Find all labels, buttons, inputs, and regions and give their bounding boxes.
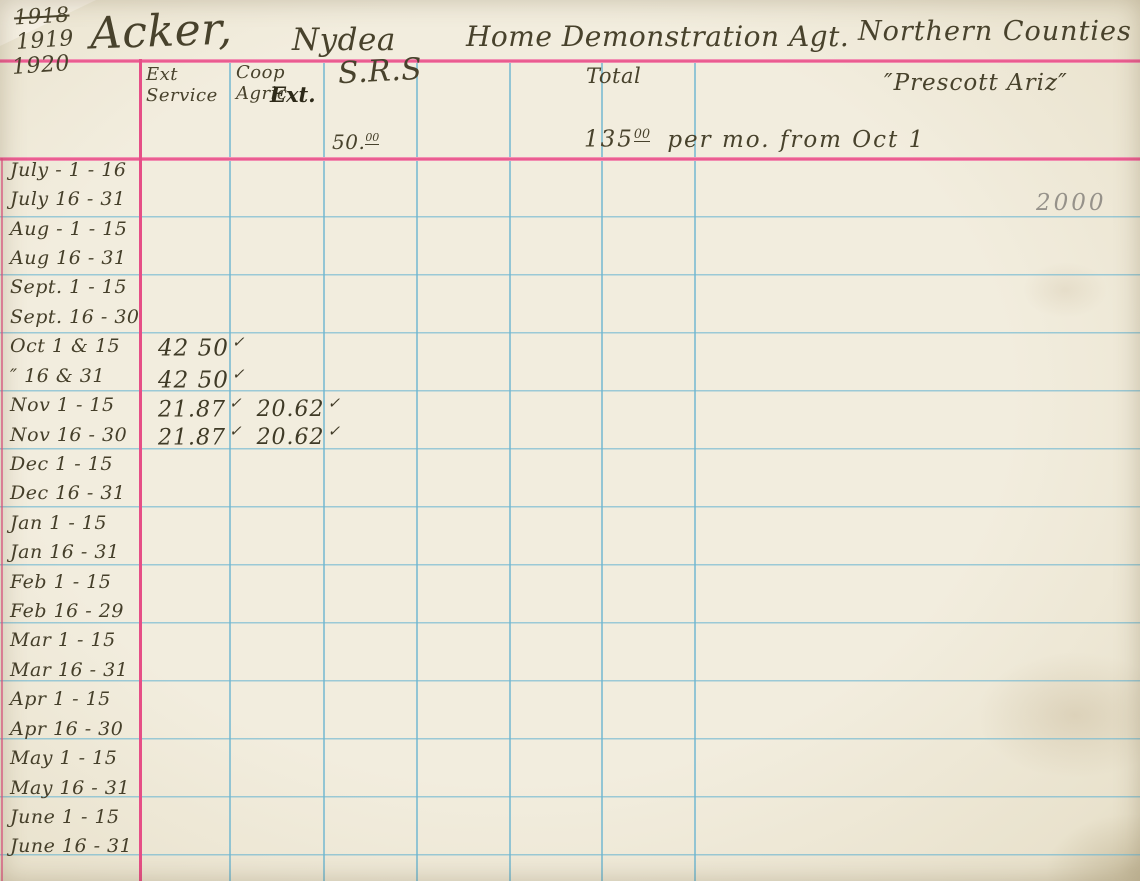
given-name: Nydea (292, 22, 396, 58)
year-end: 1920 (11, 51, 71, 80)
column-rule-4 (509, 59, 511, 881)
column-rule-1 (229, 59, 231, 881)
check-mark-icon: ✓ (232, 365, 246, 383)
amount-coop-agric: 20.62 (257, 397, 325, 422)
entry-nov-1-15: 21.87✓20.62✓ (158, 394, 341, 422)
column-rule-2 (323, 59, 325, 881)
amount-ext-service: 42 50 (158, 336, 229, 362)
region: Northern Counties (858, 16, 1132, 47)
margin-rule (139, 59, 142, 881)
monthly-rate-cents: 00 (634, 126, 650, 142)
header-rule-bottom (0, 157, 1140, 161)
period-label: Sept. 1 - 15 (10, 273, 138, 302)
period-label: Dec 1 - 15 (10, 449, 138, 478)
srs-rate: 50.00 (332, 130, 379, 154)
header-rule-top (0, 59, 1140, 63)
period-label: Aug - 1 - 15 (10, 214, 138, 243)
col-coop-overwrite: Ext. (270, 82, 316, 107)
check-mark-icon: ✓ (229, 394, 243, 412)
period-label: Dec 16 - 31 (10, 479, 138, 508)
pencil-note: 2000 (1036, 190, 1107, 216)
monthly-rate-note: per mo. from Oct 1 (667, 127, 925, 153)
col-ext-line1: Ext (146, 64, 218, 85)
period-label: Mar 1 - 15 (10, 626, 138, 655)
col-coop-line1: Coop (236, 62, 287, 83)
column-rule-5 (601, 59, 603, 881)
srs-rate-dollars: 50. (332, 130, 365, 154)
period-label: Apr 16 - 30 (10, 714, 138, 743)
check-mark-icon: ✓ (328, 422, 342, 440)
year-struck: 1918 (13, 3, 70, 30)
horizontal-rules (0, 216, 1140, 881)
check-mark-icon: ✓ (232, 333, 246, 351)
period-label: June 16 - 31 (10, 832, 138, 861)
period-label: Nov 16 - 30 (10, 420, 138, 449)
period-label: July - 1 - 16 (10, 155, 138, 184)
srs-rate-cents: 00 (365, 131, 379, 145)
amount-ext-service: 42 50 (158, 368, 229, 394)
column-rule-3 (416, 59, 418, 881)
period-label: May 1 - 15 (10, 743, 138, 772)
ledger-card: 1918 1919 1920 Acker, Nydea Home Demonst… (0, 0, 1140, 881)
period-label: Nov 1 - 15 (10, 390, 138, 419)
col-srs: S.R.S (337, 52, 423, 91)
period-label: May 16 - 31 (10, 773, 138, 802)
period-label: ″ 16 & 31 (10, 361, 138, 390)
period-label: Aug 16 - 31 (10, 243, 138, 272)
period-label: Feb 1 - 15 (10, 567, 138, 596)
period-label: July 16 - 31 (10, 184, 138, 213)
period-label: Mar 16 - 31 (10, 655, 138, 684)
period-label: Oct 1 & 15 (10, 332, 138, 361)
col-ext-service: Ext Service (146, 64, 218, 106)
entry-nov-16-30: 21.87✓20.62✓ (158, 422, 341, 450)
amount-coop-agric: 20.62 (257, 425, 325, 450)
location-note: ″Prescott Ariz″ (884, 70, 1068, 96)
amount-ext-service: 21.87 (158, 397, 226, 422)
monthly-rate: 13500 per mo. from Oct 1 (584, 126, 925, 153)
period-column: July - 1 - 16 July 16 - 31 Aug - 1 - 15 … (10, 155, 138, 861)
amount-ext-service: 21.87 (158, 425, 226, 450)
period-label: Apr 1 - 15 (10, 685, 138, 714)
job-title: Home Demonstration Agt. (466, 20, 849, 53)
check-mark-icon: ✓ (328, 394, 342, 412)
col-total: Total (586, 64, 641, 88)
surname: Acker, (89, 4, 233, 60)
period-label: Jan 16 - 31 (10, 537, 138, 566)
left-edge-rule (1, 158, 3, 881)
period-label: Jan 1 - 15 (10, 508, 138, 537)
monthly-rate-dollars: 135 (584, 127, 634, 153)
entry-oct-16-31: 42 50✓ (158, 365, 245, 394)
check-mark-icon: ✓ (229, 422, 243, 440)
period-label: Sept. 16 - 30 (10, 302, 138, 331)
period-label: Feb 16 - 29 (10, 596, 138, 625)
period-label: June 1 - 15 (10, 802, 138, 831)
column-rule-6 (694, 59, 696, 881)
col-ext-line2: Service (146, 85, 218, 106)
entry-oct-1-15: 42 50✓ (158, 333, 245, 362)
